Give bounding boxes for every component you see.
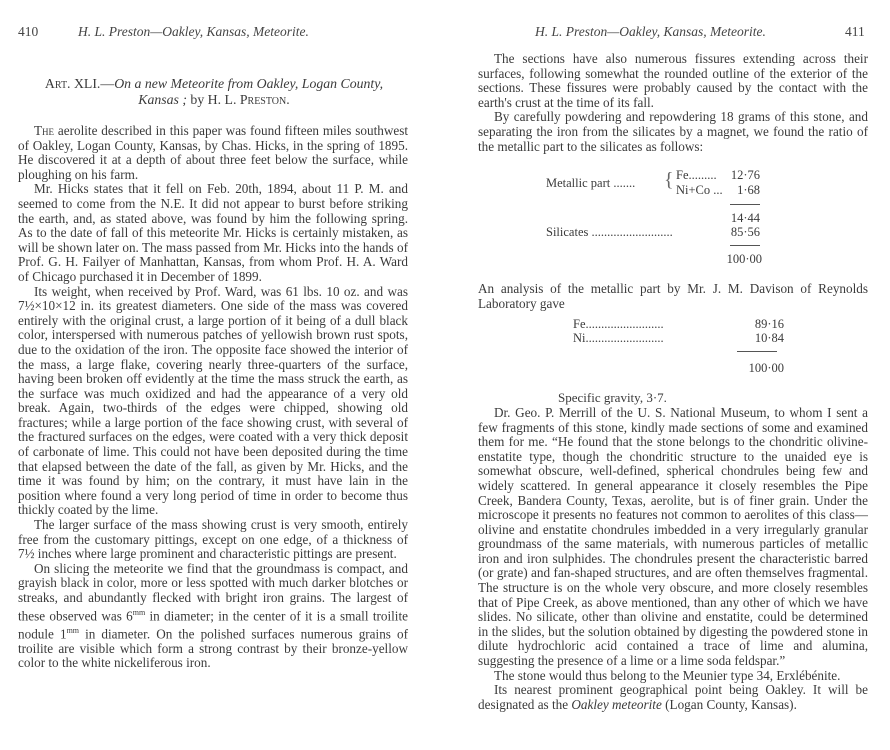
ni-label: Ni......................... — [573, 331, 664, 346]
running-head-title: H. L. Preston—Oakley, Kansas, Meteorite. — [535, 24, 766, 40]
fe-label: Fe......................... — [573, 317, 664, 332]
unit-superscript: mm — [133, 608, 145, 617]
meteorite-name: Oakley meteorite — [571, 697, 661, 712]
paragraph: The aerolite described in this paper was… — [18, 124, 408, 182]
paragraph: By carefully powdering and repowdering 1… — [478, 110, 868, 154]
paragraph: An analysis of the metallic part by Mr. … — [478, 282, 868, 311]
paragraph: Dr. Geo. P. Merrill of the U. S. Nationa… — [478, 406, 868, 669]
paragraph: The sections have also numerous fissures… — [478, 52, 868, 110]
running-head-title: H. L. Preston—Oakley, Kansas, Meteorite. — [78, 24, 309, 40]
article-title-line-1: On a new Meteorite from Oakley, Logan Co… — [114, 76, 383, 91]
silicates-label: Silicates .......................... — [546, 225, 673, 240]
paragraph-lead: The — [34, 123, 54, 138]
specific-gravity: Specific gravity, 3·7. — [558, 391, 868, 406]
fe-value: 12·76 — [710, 168, 760, 183]
analysis-total: 100·00 — [734, 361, 784, 376]
metallic-total: 14·44 — [710, 211, 760, 226]
article-label: Art. XLI.— — [45, 76, 114, 91]
right-body-text: The sections have also numerous fissures… — [478, 52, 868, 712]
paragraph-text: aerolite described in this paper was fou… — [18, 123, 408, 182]
analysis-table: Fe......................... 89·16 Ni....… — [478, 311, 868, 391]
ni-value: 10·84 — [734, 331, 784, 346]
page-number: 411 — [845, 24, 865, 40]
paragraph: Its nearest prominent geographical point… — [478, 683, 868, 712]
brace: { — [664, 170, 674, 190]
byline: by H. L. — [187, 92, 240, 107]
grand-total: 100·00 — [712, 252, 762, 267]
author-name: Preston. — [240, 92, 290, 107]
right-page: H. L. Preston—Oakley, Kansas, Meteorite.… — [445, 0, 890, 750]
paragraph-text: (Logan County, Kansas). — [662, 697, 797, 712]
nico-value: 1·68 — [710, 183, 760, 198]
sum-rule — [730, 204, 760, 205]
silicates-value: 85·56 — [710, 225, 760, 240]
paragraph: On slicing the meteorite we find that th… — [18, 562, 408, 671]
ratio-table: Metallic part ....... { Fe......... 12·7… — [478, 154, 868, 282]
article-title-line-2: Kansas ; — [138, 92, 187, 107]
metallic-part-label: Metallic part ....... — [546, 176, 635, 191]
sum-rule — [737, 351, 777, 352]
paragraph: Its weight, when received by Prof. Ward,… — [18, 285, 408, 519]
left-page: 410 H. L. Preston—Oakley, Kansas, Meteor… — [0, 0, 445, 750]
article-title: Art. XLI.—On a new Meteorite from Oakley… — [18, 76, 410, 108]
unit-superscript: mm — [67, 626, 79, 635]
left-body-text: The aerolite described in this paper was… — [18, 124, 408, 671]
sum-rule — [730, 245, 760, 246]
paragraph: The stone would thus belong to the Meuni… — [478, 669, 868, 684]
page-number: 410 — [18, 24, 38, 40]
paragraph: Mr. Hicks states that it fell on Feb. 20… — [18, 182, 408, 284]
paragraph: The larger surface of the mass showing c… — [18, 518, 408, 562]
fe-value: 89·16 — [734, 317, 784, 332]
